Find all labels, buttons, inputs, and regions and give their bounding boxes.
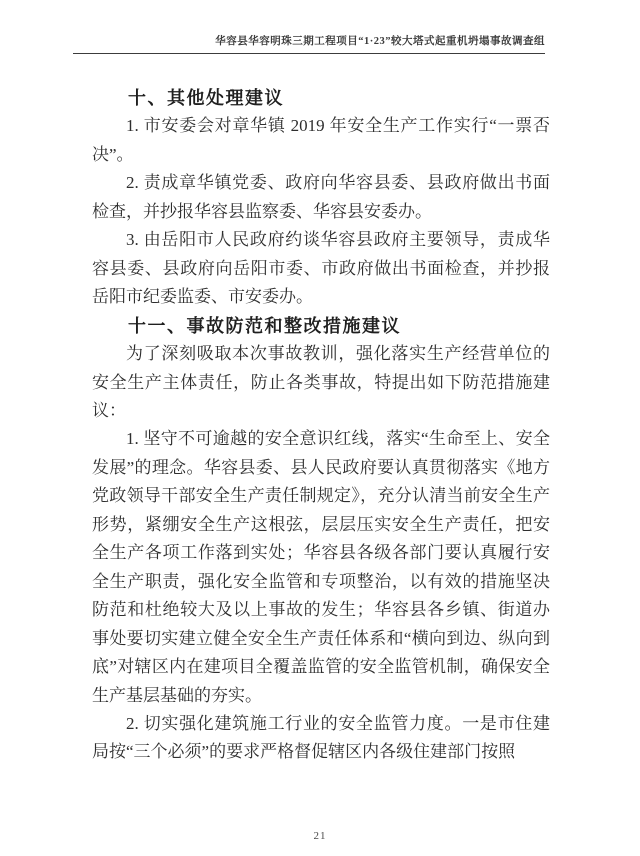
paragraph: 1. 市安委会对章华镇 2019 年安全生产工作实行“一票否决”。 [92, 112, 550, 169]
paragraph: 1. 坚守不可逾越的安全意识红线，落实“生命至上、安全发展”的理念。华容县委、县… [92, 425, 550, 710]
page-header: 华容县华容明珠三期工程项目“1·23”较大塔式起重机坍塌事故调查组 [73, 33, 545, 54]
document-body: 十、其他处理建议 1. 市安委会对章华镇 2019 年安全生产工作实行“一票否决… [92, 84, 550, 767]
paragraph: 3. 由岳阳市人民政府约谈华容县政府主要领导，责成华容县委、县政府向岳阳市委、市… [92, 226, 550, 311]
section-heading-other-recommendations: 十、其他处理建议 [92, 84, 550, 112]
paragraph: 为了深刻吸取本次事故教训，强化落实生产经营单位的安全生产主体责任，防止各类事故，… [92, 340, 550, 425]
header-title-text: 华容县华容明珠三期工程项目“1·23”较大塔式起重机坍塌事故调查组 [215, 36, 545, 47]
page-number: 21 [0, 830, 640, 842]
section-heading-prevention-measures: 十一、事故防范和整改措施建议 [92, 312, 550, 340]
paragraph: 2. 责成章华镇党委、政府向华容县委、县政府做出书面检查，并抄报华容县监察委、华… [92, 169, 550, 226]
document-page: 华容县华容明珠三期工程项目“1·23”较大塔式起重机坍塌事故调查组 十、其他处理… [0, 0, 640, 856]
paragraph: 2. 切实强化建筑施工行业的安全监管力度。一是市住建局按“三个必须”的要求严格督… [92, 710, 550, 767]
